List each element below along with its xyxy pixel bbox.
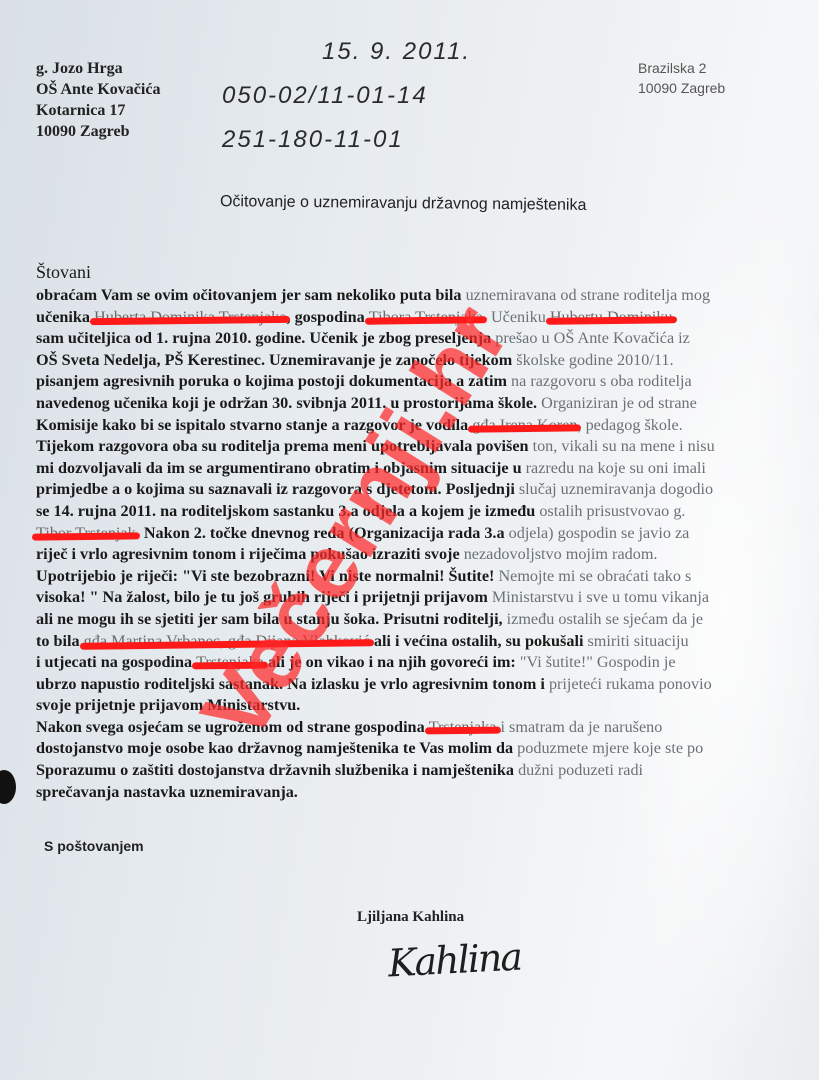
handwritten-reference-class: 050-02/11-01-14 [222, 82, 428, 110]
body-line: navedenog učenika koji je održan 30. svi… [36, 393, 776, 415]
body-text-segment: Ministarstvu i sve u tomu vikanja [492, 588, 709, 606]
body-text-segment: Komisije kako bi se ispitalo stvarno sta… [36, 416, 472, 434]
sender-line: Kotarnica 17 [36, 100, 160, 121]
body-line: Tibor Trstenjak. Nakon 2. točke dnevnog … [36, 523, 776, 545]
redacted-name: Trstenjaka [429, 717, 497, 739]
body-text-segment: smiriti situaciju [587, 632, 688, 650]
body-text-segment: dostojanstvo moje osobe kao državnog nam… [36, 739, 517, 757]
body-text-segment: odjela) gospodin se javio za [509, 524, 690, 542]
body-line: obraćam Vam se ovim očitovanjem jer sam … [36, 285, 776, 307]
body-text-segment: prešao u OŠ Ante Kovačića iz [495, 329, 690, 347]
body-line: riječ i vrlo agresivnim tonom i riječima… [36, 544, 776, 566]
body-line: mi dozvoljavali da im se argumentirano o… [36, 458, 776, 480]
salutation: Štovani [36, 262, 91, 283]
body-line: ali ne mogu ih se sjetiti jer sam bila u… [36, 609, 776, 631]
closing-phrase: S poštovanjem [44, 838, 144, 854]
redacted-name: Hubertu Dominiku [550, 307, 673, 329]
recipient-line: 10090 Zagreb [638, 78, 725, 98]
scanned-letter: 15. 9. 2011. 050-02/11-01-14 251-180-11-… [0, 0, 819, 1080]
sender-address: g. Jozo Hrga OŠ Ante Kovačića Kotarnica … [36, 58, 160, 142]
handwritten-reference-number: 251-180-11-01 [222, 126, 404, 154]
body-text-segment: Nemojte mi se obraćati tako s [498, 567, 691, 585]
body-line: Upotrijebio je riječi: "Vi ste bezobrazn… [36, 566, 776, 588]
redacted-name: Trstenjaka [196, 652, 264, 674]
redacted-name: Tibora Trstenjaka [369, 307, 483, 329]
body-text-segment: , gospodina [286, 308, 368, 326]
body-text-segment: razredu na koje su oni imali [526, 459, 706, 477]
recipient-line: Brazilska 2 [638, 58, 725, 78]
body-line: to bila gđa Martina Vrbanec, gđa Dijana … [36, 631, 776, 653]
body-text-segment: OŠ Sveta Nedelja, PŠ Kerestinec. Uznemir… [36, 351, 516, 369]
body-text-segment: "Vi šutite!" Gospodin je [520, 653, 676, 671]
body-text-segment: ali i većina ostalih, su pokušali [370, 632, 588, 650]
body-line: dostojanstvo moje osobe kao državnog nam… [36, 738, 776, 760]
body-text-segment: sam učiteljica od 1. rujna 2010. godine.… [36, 329, 495, 347]
body-text-segment: između ostalih se sjećam da je [507, 610, 703, 628]
body-line: sprečavanja nastavka uznemiravanja. [36, 782, 776, 804]
handwritten-date: 15. 9. 2011. [322, 38, 471, 66]
body-text-segment: mi dozvoljavali da im se argumentirano o… [36, 459, 526, 477]
body-text-segment: ubrzo napustio roditeljski sastanak. Na … [36, 675, 549, 693]
body-text-segment: poduzmete mjere koje ste po [517, 739, 703, 757]
body-text-segment: . Nakon 2. točke dnevnog reda (Organizac… [136, 524, 509, 542]
body-line: OŠ Sveta Nedelja, PŠ Kerestinec. Uznemir… [36, 350, 776, 372]
body-text-segment: visoka! " Na žalost, bilo je tu još grub… [36, 588, 492, 606]
body-text-segment: i smatram da je narušeno [496, 718, 662, 736]
body-line: Nakon svega osjećam se ugroženom od stra… [36, 717, 776, 739]
body-text-segment: uznemiravana od strane roditelja mog [466, 286, 711, 304]
sender-line: OŠ Ante Kovačića [36, 79, 160, 100]
letter-body: obraćam Vam se ovim očitovanjem jer sam … [36, 285, 776, 803]
body-text-segment: sprečavanja nastavka uznemiravanja. [36, 783, 298, 801]
body-line: pisanjem agresivnih poruka o kojima post… [36, 371, 776, 393]
body-text-segment: na razgovoru s oba roditelja [511, 372, 692, 390]
handwritten-signature: Kahlina [387, 935, 522, 986]
body-line: Tijekom razgovora oba su roditelja prema… [36, 436, 776, 458]
body-line: i utjecati na gospodina Trstenjaka ali j… [36, 652, 776, 674]
letter-subject: Očitovanje o uznemiravanju državnog namj… [220, 193, 587, 215]
redacted-name: gđa Martina Vrbanec, gđa Dijana Vlahkovi… [84, 631, 370, 653]
body-text-segment: riječ i vrlo agresivnim tonom i riječima… [36, 545, 464, 563]
body-text-segment: ton, vikali su na mene i nisu [533, 437, 715, 455]
body-line: visoka! " Na žalost, bilo je tu još grub… [36, 587, 776, 609]
body-text-segment: to bila [36, 632, 84, 650]
body-text-segment: , pedagog škole. [577, 416, 682, 434]
body-line: primjedbe a o kojima su saznavali iz raz… [36, 479, 776, 501]
sender-line: g. Jozo Hrga [36, 58, 160, 79]
body-text-segment: Tijekom razgovora oba su roditelja prema… [36, 437, 533, 455]
body-text-segment: obraćam Vam se ovim očitovanjem jer sam … [36, 286, 466, 304]
body-line: Sporazumu o zaštiti dostojanstva državni… [36, 760, 776, 782]
body-text-segment: učenika [36, 308, 94, 326]
body-text-segment: navedenog učenika koji je održan 30. svi… [36, 394, 541, 412]
body-text-segment: ali ne mogu ih se sjetiti jer sam bila u… [36, 610, 507, 628]
body-text-segment: Sporazumu o zaštiti dostojanstva državni… [36, 761, 518, 779]
body-text-segment: se 14. rujna 2011. na roditeljskom sasta… [36, 502, 539, 520]
body-text-segment: nezadovoljstvo mojim radom. [464, 545, 658, 563]
body-text-segment: . Učeniku [483, 308, 550, 326]
body-text-segment: prijeteći rukama ponovio [549, 675, 712, 693]
body-text-segment: ali je on vikao i na njih govoreći im: [264, 653, 520, 671]
body-text-segment: i utjecati na gospodina [36, 653, 196, 671]
punch-hole [0, 770, 16, 804]
redacted-name: Tibor Trstenjak [36, 523, 136, 545]
body-text-segment: primjedbe a o kojima su saznavali iz raz… [36, 480, 519, 498]
body-line: Komisije kako bi se ispitalo stvarno sta… [36, 415, 776, 437]
body-text-segment: svoje prijetnje prijavom Ministarstvu. [36, 696, 300, 714]
body-line: sam učiteljica od 1. rujna 2010. godine.… [36, 328, 776, 350]
body-line: ubrzo napustio roditeljski sastanak. Na … [36, 674, 776, 696]
body-line: se 14. rujna 2011. na roditeljskom sasta… [36, 501, 776, 523]
signer-name: Ljiljana Kahlina [357, 909, 464, 926]
recipient-address: Brazilska 2 10090 Zagreb [638, 58, 725, 98]
body-text-segment: Organiziran je od strane [541, 394, 697, 412]
redacted-name: Huberta Dominika Trstenjaka [94, 307, 286, 329]
body-line: svoje prijetnje prijavom Ministarstvu. [36, 695, 776, 717]
body-text-segment: pisanjem agresivnih poruka o kojima post… [36, 372, 511, 390]
body-text-segment: slučaj uznemiravanja dogodio [519, 480, 713, 498]
body-text-segment: dužni poduzeti radi [518, 761, 643, 779]
body-text-segment: ostalih prisustvovao g. [539, 502, 685, 520]
body-text-segment: školske godine 2010/11. [516, 351, 673, 369]
sender-line: 10090 Zagreb [36, 121, 160, 142]
body-text-segment: Upotrijebio je riječi: "Vi ste bezobrazn… [36, 567, 498, 585]
body-line: učenika Huberta Dominika Trstenjaka, gos… [36, 307, 776, 329]
redacted-name: gđa Irena Koren [472, 415, 577, 437]
body-text-segment: Nakon svega osjećam se ugroženom od stra… [36, 718, 429, 736]
